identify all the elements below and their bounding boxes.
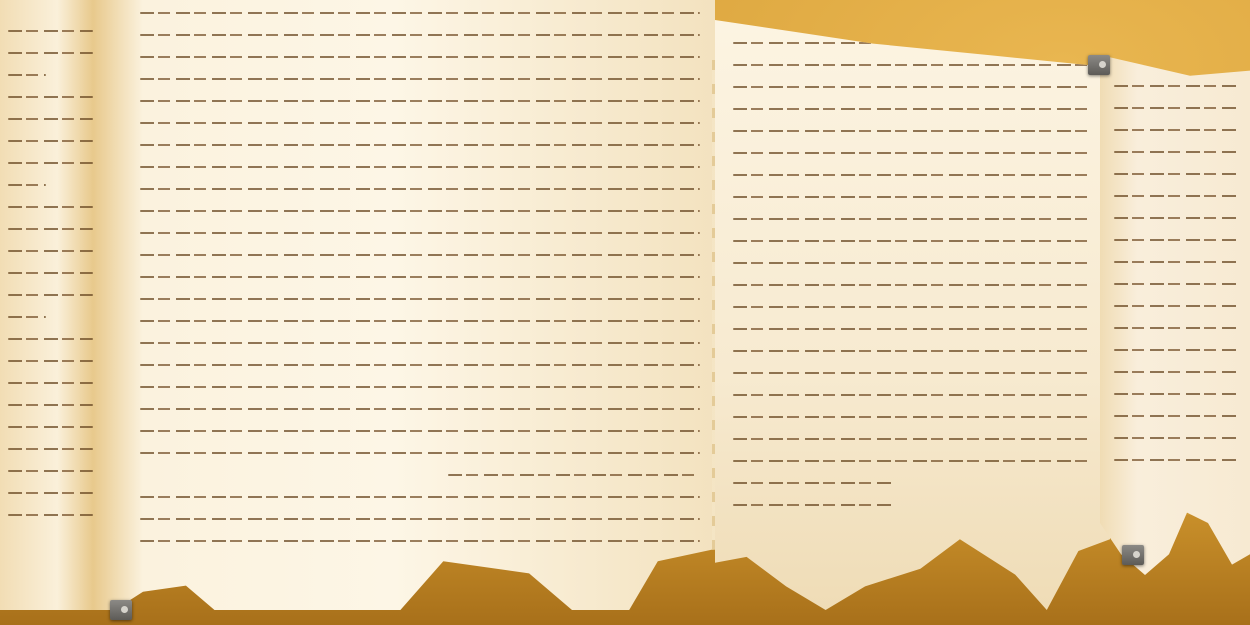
mounting-clip-top-right [1088,55,1110,75]
text-column-1 [8,30,93,536]
parchment-sheet-middle [715,20,1110,610]
text-column-3 [733,42,1093,526]
scroll-photo: Close-up photograph of an aged parchment… [0,0,1250,625]
mounting-clip-bottom-left [110,600,132,620]
text-column-4 [1114,85,1239,481]
parchment-sheet-right [1100,55,1250,575]
parchment-sheet-left [0,0,715,610]
mounting-clip-bottom-right [1122,545,1144,565]
text-column-2 [140,12,700,562]
